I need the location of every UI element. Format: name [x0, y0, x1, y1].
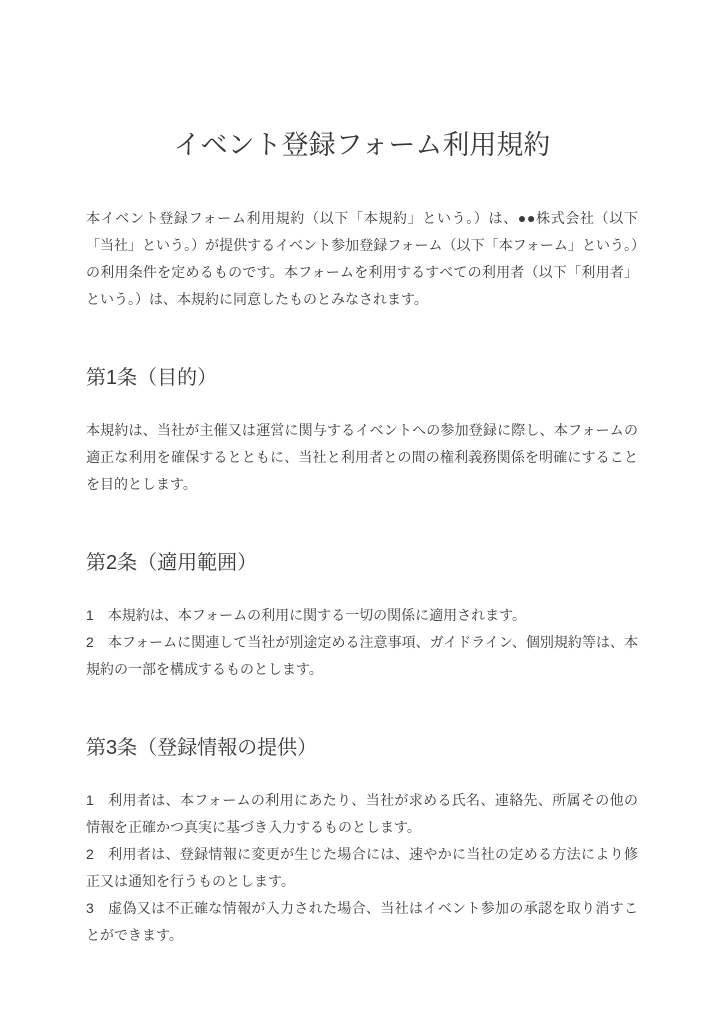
clause-item: 2本フォームに関連して当社が別途定める注意事項、ガイドライン、個別規約等は、本規…: [86, 629, 638, 683]
clause-item-number: 1: [86, 792, 108, 808]
clause-item-number: 2: [86, 634, 108, 650]
document-page: イベント登録フォーム利用規約 本イベント登録フォーム利用規約（以下「本規約」とい…: [0, 0, 724, 1024]
intro-paragraph: 本イベント登録フォーム利用規約（以下「本規約」という。）は、●●株式会社（以下「…: [86, 205, 638, 313]
section-heading: 第1条（目的）: [86, 363, 638, 393]
section-heading: 第3条（登録情報の提供）: [86, 733, 638, 763]
clause-item: 1利用者は、本フォームの利用にあたり、当社が求める氏名、連絡先、所属その他の情報…: [86, 787, 638, 841]
clause-item-number: 2: [86, 846, 108, 862]
clause-item-text: 本規約は、本フォームの利用に関する一切の関係に適用されます。: [108, 607, 526, 623]
section-article-2: 第2条（適用範囲） 1本規約は、本フォームの利用に関する一切の関係に適用されます…: [86, 548, 638, 683]
section-article-1: 第1条（目的） 本規約は、当社が主催又は運営に関与するイベントへの参加登録に際し…: [86, 363, 638, 498]
clause-item: 1本規約は、本フォームの利用に関する一切の関係に適用されます。: [86, 602, 638, 629]
page-title: イベント登録フォーム利用規約: [86, 125, 638, 165]
clause-item-text: 本フォームに関連して当社が別途定める注意事項、ガイドライン、個別規約等は、本規約…: [86, 634, 638, 677]
clause-item-number: 3: [86, 900, 108, 916]
section-heading: 第2条（適用範囲）: [86, 548, 638, 578]
clause-item-number: 1: [86, 607, 108, 623]
clause-item: 2利用者は、登録情報に変更が生じた場合には、速やかに当社の定める方法により修正又…: [86, 841, 638, 895]
section-body: 本規約は、当社が主催又は運営に関与するイベントへの参加登録に際し、本フォームの適…: [86, 417, 638, 498]
section-article-3: 第3条（登録情報の提供） 1利用者は、本フォームの利用にあたり、当社が求める氏名…: [86, 733, 638, 949]
clause-item: 3虚偽又は不正確な情報が入力された場合、当社はイベント参加の承認を取り消すことが…: [86, 895, 638, 949]
clause-item-text: 利用者は、本フォームの利用にあたり、当社が求める氏名、連絡先、所属その他の情報を…: [86, 792, 638, 835]
clause-item-text: 虚偽又は不正確な情報が入力された場合、当社はイベント参加の承認を取り消すことがで…: [86, 900, 638, 943]
clause-item-text: 利用者は、登録情報に変更が生じた場合には、速やかに当社の定める方法により修正又は…: [86, 846, 638, 889]
